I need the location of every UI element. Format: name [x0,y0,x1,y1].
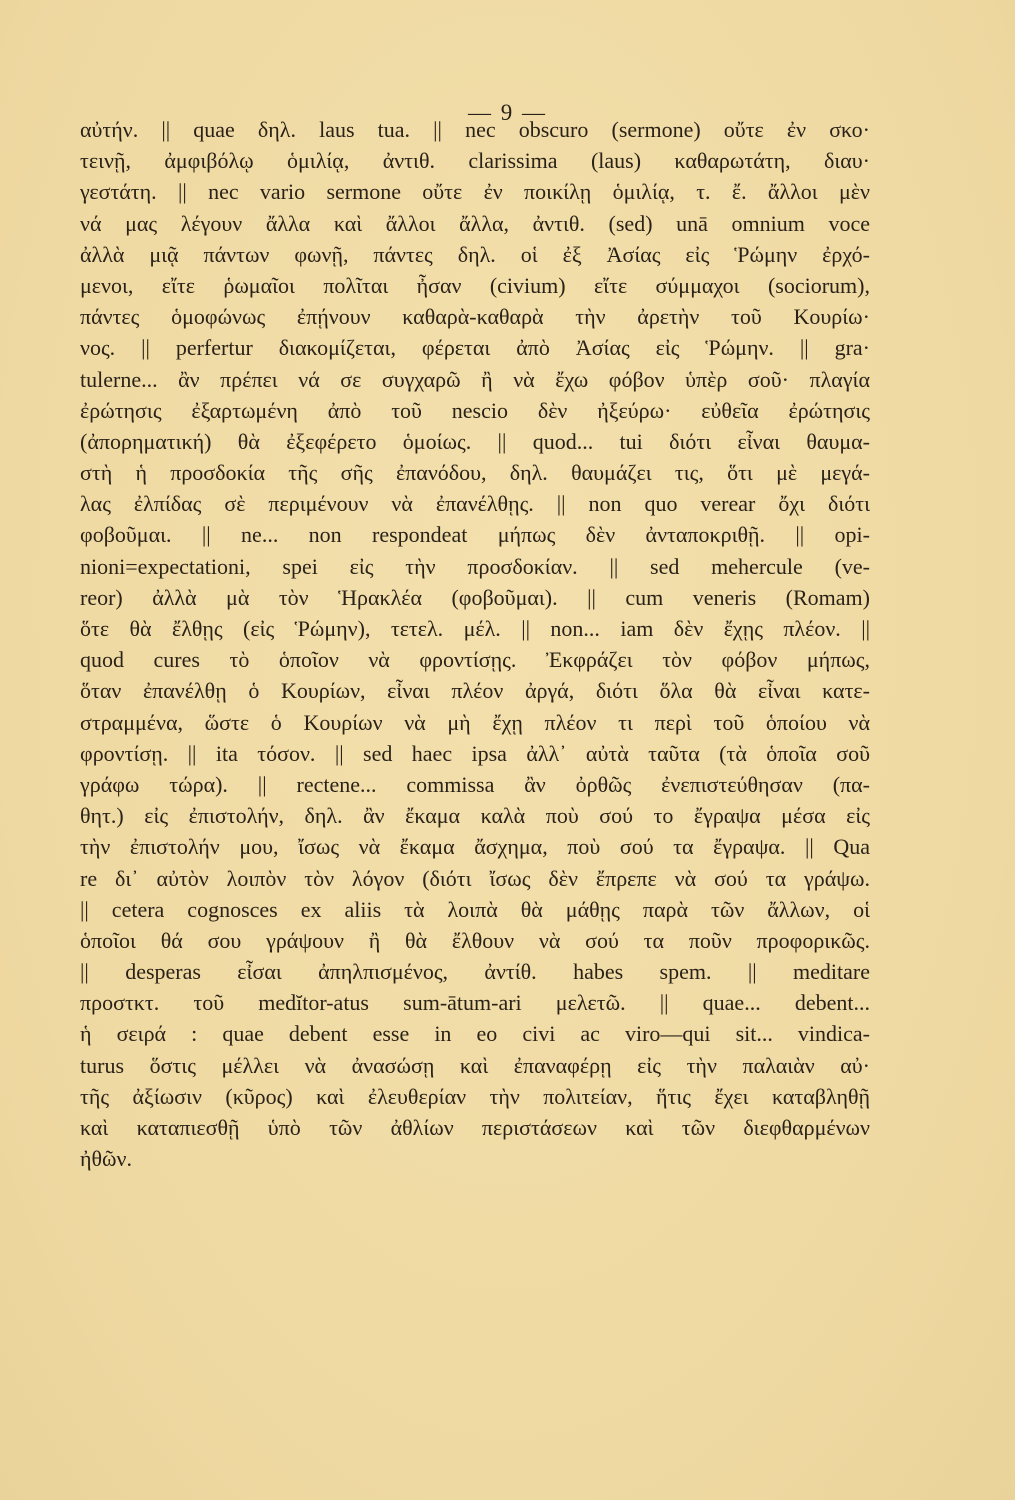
text-line: μενοι, εἴτε ῥωμαῖοι πολῖται ἦσαν (civium… [80,270,870,301]
text-line: αὐτήν. || quae δηλ. laus tua. || nec obs… [80,114,870,145]
text-line: φροντίσῃ. || ita τόσον. || sed haec ipsa… [80,738,870,769]
text-line: νος. || perfertur διακομίζεται, φέρεται … [80,332,870,363]
text-line: turus ὅστις μέλλει νὰ ἀνασώσῃ καὶ ἐπαναφ… [80,1050,870,1081]
text-line: ἀλλὰ μιᾷ πάντων φωνῇ, πάντες δηλ. οἱ ἐξ … [80,239,870,270]
text-line: νά μας λέγουν ἄλλα καὶ ἄλλοι ἄλλα, ἀντιθ… [80,208,870,239]
text-line: τεινῇ, ἀμφιβόλῳ ὁμιλίᾳ, ἀντιθ. clarissim… [80,145,870,176]
text-line: nioni=expectationi, spei εἰς τὴν προσδοκ… [80,551,870,582]
text-line: προστκτ. τοῦ medĭtor-atus sum-ātum-ari μ… [80,987,870,1018]
text-line: στὴ ἡ προσδοκία τῆς σῆς ἐπανόδου, δηλ. θ… [80,457,870,488]
text-line: τὴν ἐπιστολήν μου, ἴσως νὰ ἔκαμα ἄσχημα,… [80,831,870,862]
text-line: ὅτε θὰ ἔλθῃς (εἰς Ῥώμην), τετελ. μέλ. ||… [80,613,870,644]
commentary-text: αὐτήν. || quae δηλ. laus tua. || nec obs… [80,114,870,1174]
text-line: quod cures τὸ ὁποῖον νὰ φροντίσῃς. Ἐκφρά… [80,644,870,675]
text-line: στραμμένα, ὥστε ὁ Κουρίων νὰ μὴ ἔχῃ πλέο… [80,707,870,738]
text-line: (ἀπορηματική) θὰ ἐξεφέρετο ὁμοίως. || qu… [80,426,870,457]
text-line: γράφω τώρα). || rectene... commissa ἂν ὀ… [80,769,870,800]
text-line: || desperas εἶσαι ἀπηλπισμένος, ἀντίθ. h… [80,956,870,987]
text-line: tulerne... ἂν πρέπει νά σε συγχαρῶ ἢ νὰ … [80,364,870,395]
text-line: reor) ἀλλὰ μὰ τὸν Ἡρακλέα (φοβοῦμαι). ||… [80,582,870,613]
text-line: ἐρώτησις ἐξαρτωμένη ἀπὸ τοῦ nescio δὲν ἠ… [80,395,870,426]
text-line: re δι᾽ αὐτὸν λοιπὸν τὸν λόγον (διότι ἴσω… [80,863,870,894]
text-line: ἠθῶν. [80,1143,870,1174]
text-line: ἡ σειρά : quae debent esse in eo civi ac… [80,1018,870,1049]
text-line: λας ἐλπίδας σὲ περιμένουν νὰ ἐπανέλθῃς. … [80,488,870,519]
text-line: ὅταν ἐπανέλθῃ ὁ Κουρίων, εἶναι πλέον ἀργ… [80,675,870,706]
text-line: καὶ καταπιεσθῇ ὑπὸ τῶν ἀθλίων περιστάσεω… [80,1112,870,1143]
text-line: τῆς ἀξίωσιν (κῦρος) καὶ ἐλευθερίαν τὴν π… [80,1081,870,1112]
text-line: γεστάτη. || nec vario sermone οὔτε ἐν πο… [80,176,870,207]
text-line: φοβοῦμαι. || ne... non respondeat μήπως … [80,519,870,550]
text-line: || cetera cognosces ex aliis τὰ λοιπὰ θὰ… [80,894,870,925]
text-line: θητ.) εἰς ἐπιστολήν, δηλ. ἂν ἔκαμα καλὰ … [80,800,870,831]
text-line: πάντες ὁμοφώνως ἐπῄνουν καθαρὰ-καθαρὰ τὴ… [80,301,870,332]
text-line: ὁποῖοι θά σου γράψουν ἢ θὰ ἔλθουν νὰ σού… [80,925,870,956]
